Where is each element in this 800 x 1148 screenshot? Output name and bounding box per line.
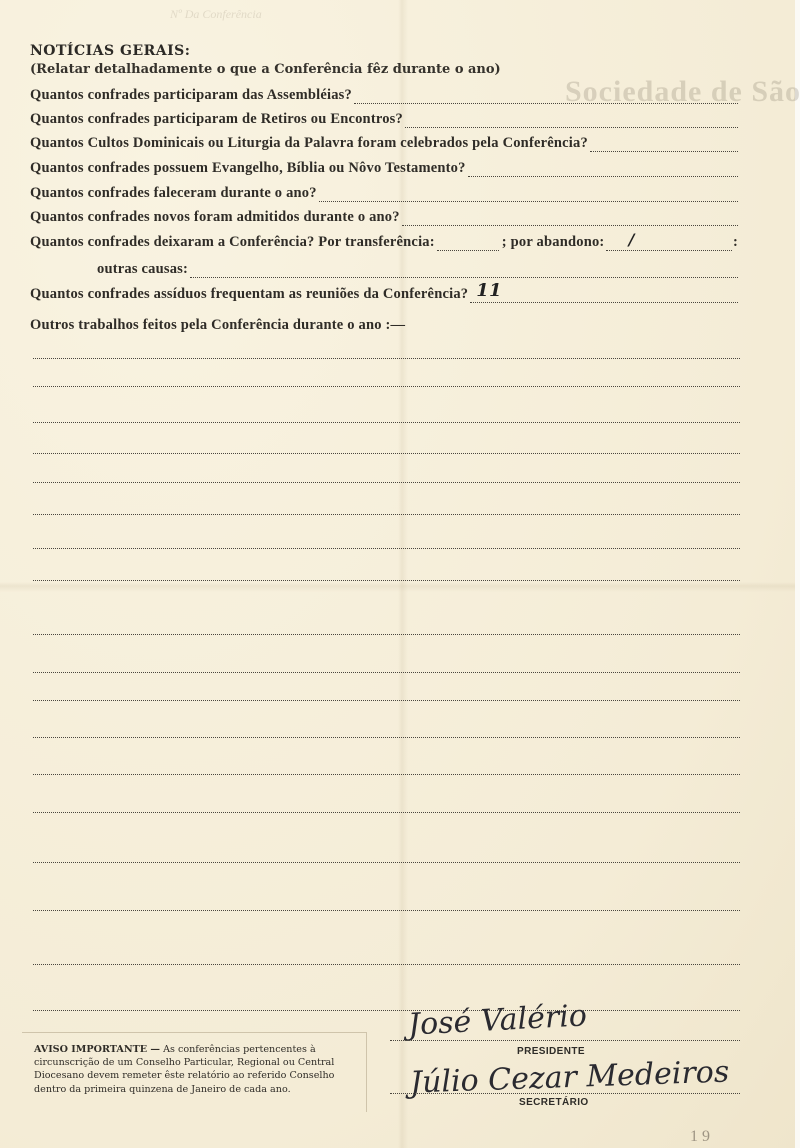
page-number: 1 9 xyxy=(690,1128,710,1146)
blank-line[interactable] xyxy=(33,386,740,387)
question-deceased: Quantos confrades faleceram durante o an… xyxy=(30,184,738,202)
question-label: Quantos confrades deixaram a Conferência… xyxy=(30,234,435,251)
answer-field[interactable]: 11 xyxy=(470,288,738,303)
abandon-answer-value: / xyxy=(628,230,634,249)
important-notice: AVISO IMPORTANTE — As conferências perte… xyxy=(22,1032,367,1112)
answer-field[interactable] xyxy=(319,187,738,202)
question-label: Quantos confrades novos foram admitidos … xyxy=(30,209,400,226)
transfer-answer-field[interactable] xyxy=(437,236,499,251)
question-sunday-services: Quantos Cultos Dominicais ou Liturgia da… xyxy=(30,134,738,152)
question-assemblies: Quantos confrades participaram das Assem… xyxy=(30,86,738,104)
question-label: Quantos confrades faleceram durante o an… xyxy=(30,185,317,202)
secretary-signature-line[interactable] xyxy=(390,1093,740,1094)
blank-line[interactable] xyxy=(33,812,740,813)
blank-line[interactable] xyxy=(33,422,740,423)
scan-edge xyxy=(795,0,800,1148)
question-other-causes: outras causas: xyxy=(97,260,738,278)
blank-line[interactable] xyxy=(33,453,740,454)
other-causes-field[interactable] xyxy=(190,263,738,278)
other-works-text: Outros trabalhos feitos pela Conferência… xyxy=(30,317,405,334)
bleed-through-note: Nº Da Conferência xyxy=(170,6,262,22)
question-label: Quantos Cultos Dominicais ou Liturgia da… xyxy=(30,135,588,152)
end-mark: : xyxy=(733,234,738,251)
question-label: Quantos confrades participaram das Assem… xyxy=(30,87,352,104)
answer-field[interactable] xyxy=(354,89,738,104)
question-retreats: Quantos confrades participaram de Retiro… xyxy=(30,110,738,128)
document-page: Nº Da Conferência Sociedade de São Vicen… xyxy=(0,0,800,1148)
blank-line[interactable] xyxy=(33,548,740,549)
question-bible-owners: Quantos confrades possuem Evangelho, Bíb… xyxy=(30,159,738,177)
answer-field[interactable] xyxy=(590,137,738,152)
blank-line[interactable] xyxy=(33,910,740,911)
president-signature: José Valério xyxy=(407,998,588,1042)
question-new-members: Quantos confrades novos foram admitidos … xyxy=(30,208,738,226)
blank-line[interactable] xyxy=(33,672,740,673)
blank-line[interactable] xyxy=(33,358,740,359)
blank-line[interactable] xyxy=(33,514,740,515)
blank-line[interactable] xyxy=(33,862,740,863)
secretary-label: SECRETÁRIO xyxy=(519,1097,589,1108)
section-instructions: (Relatar detalhadamente o que a Conferên… xyxy=(30,62,501,77)
blank-line[interactable] xyxy=(33,1010,740,1011)
abandon-label: ; por abandono: xyxy=(502,234,605,251)
blank-line[interactable] xyxy=(33,737,740,738)
answer-value: 11 xyxy=(476,280,501,301)
other-works-label: Outros trabalhos feitos pela Conferência… xyxy=(30,316,738,334)
blank-line[interactable] xyxy=(33,964,740,965)
question-departures: Quantos confrades deixaram a Conferência… xyxy=(30,233,738,251)
question-label: outras causas: xyxy=(97,261,188,278)
blank-line[interactable] xyxy=(33,580,740,581)
notice-title: AVISO IMPORTANTE — xyxy=(34,1044,160,1055)
answer-field[interactable] xyxy=(405,113,738,128)
section-heading: NOTÍCIAS GERAIS: xyxy=(30,43,190,59)
question-label: Quantos confrades assíduos frequentam as… xyxy=(30,286,468,303)
question-label: Quantos confrades possuem Evangelho, Bíb… xyxy=(30,160,466,177)
question-assiduous: Quantos confrades assíduos frequentam as… xyxy=(30,285,738,303)
president-signature-line[interactable] xyxy=(390,1040,740,1041)
abandon-answer-field[interactable]: / xyxy=(606,236,732,251)
answer-field[interactable] xyxy=(402,211,738,226)
blank-line[interactable] xyxy=(33,634,740,635)
blank-line[interactable] xyxy=(33,482,740,483)
answer-field[interactable] xyxy=(468,162,738,177)
blank-line[interactable] xyxy=(33,700,740,701)
blank-line[interactable] xyxy=(33,774,740,775)
question-label: Quantos confrades participaram de Retiro… xyxy=(30,111,403,128)
president-label: PRESIDENTE xyxy=(517,1046,585,1057)
